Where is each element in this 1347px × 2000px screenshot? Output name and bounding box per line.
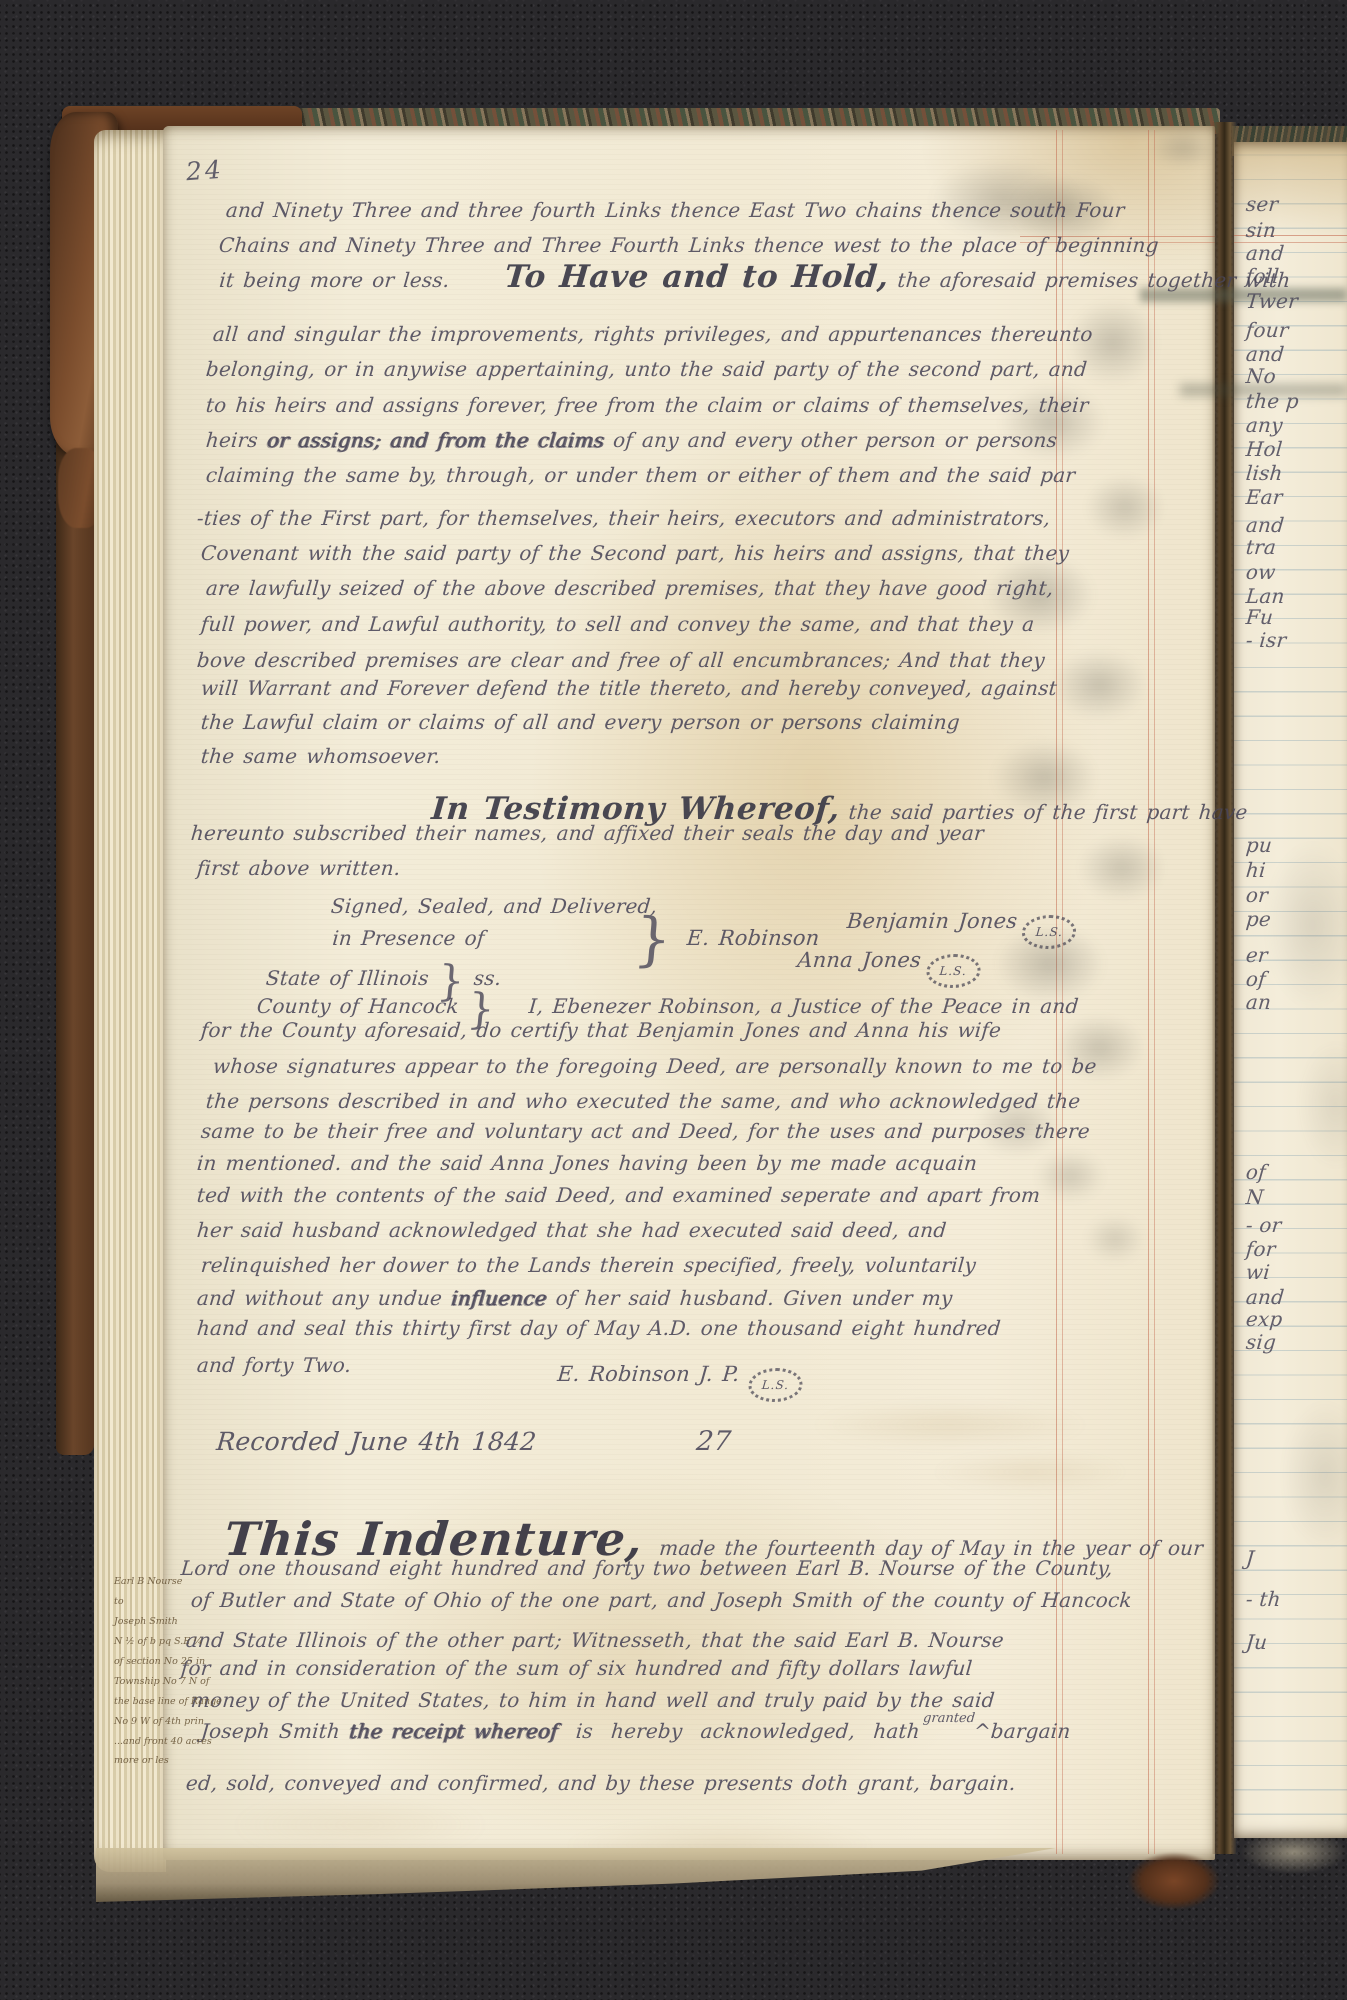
text-run: heirs xyxy=(205,428,268,452)
text-run: belonging, or in anywise appertaining, u… xyxy=(205,357,1088,381)
fragment-line: N xyxy=(1245,1185,1265,1209)
text-run: Joseph Smith xyxy=(200,1719,350,1743)
bleed-through-ghost xyxy=(930,1452,1130,1492)
manuscript-line: to his heirs and assigns forever, free f… xyxy=(205,393,1090,417)
text-run: and State Illinois of the other part; Wi… xyxy=(185,1628,1005,1652)
manuscript-line: belonging, or in anywise appertaining, u… xyxy=(205,357,1088,381)
ink-stain xyxy=(1085,475,1165,540)
manuscript-line: and State Illinois of the other part; Wi… xyxy=(185,1628,1005,1652)
ink-stain xyxy=(1085,1215,1145,1263)
fragment-line: wi xyxy=(1245,1260,1271,1284)
manuscript-line: State of Illinois } ss. xyxy=(265,966,502,990)
fragment-line: an xyxy=(1245,990,1272,1014)
manuscript-line: Covenant with the said party of the Seco… xyxy=(200,541,1070,565)
bleed-through-ghost xyxy=(810,1402,1090,1448)
manuscript-line: the Lawful claim or claims of all and ev… xyxy=(200,710,961,734)
fragment-line: four xyxy=(1245,318,1290,342)
manuscript-line: -ties of the First part, for themselves,… xyxy=(196,506,1051,530)
text-run: Lord one thousand eight hundred and fort… xyxy=(180,1556,1114,1580)
text-run: the receipt whereof xyxy=(348,1719,559,1743)
fragment-line: - isr xyxy=(1245,628,1287,652)
manuscript-line: hand and seal this thirty first day of M… xyxy=(196,1316,1002,1340)
ink-stain xyxy=(1052,650,1147,720)
text-run: and without any undue xyxy=(196,1286,452,1310)
fragment-line: ow xyxy=(1245,560,1277,584)
text-run: Covenant with the said party of the Seco… xyxy=(200,541,1070,565)
manuscript-line: heirs or assigns; and from the claims of… xyxy=(205,428,1058,452)
text-run: all and singular the improvements, right… xyxy=(212,322,1094,346)
margin-note-line: more or les xyxy=(114,1751,198,1771)
manuscript-line: are lawfully seized of the above describ… xyxy=(205,576,1054,600)
manuscript-line: full power, and Lawful authority, to sel… xyxy=(200,612,1035,636)
manuscript-line: and forty Two. xyxy=(196,1353,352,1377)
seal-doodle: L.S. xyxy=(747,1368,804,1402)
margin-note-line: N ½ of b pq S.E ¼ xyxy=(114,1632,198,1652)
manuscript-line: E. Robinson J. P.L.S. xyxy=(555,1362,805,1402)
text-run: are lawfully seized of the above describ… xyxy=(205,576,1054,600)
ink-stain xyxy=(1035,1150,1105,1202)
text-run: and Ninety Three and three fourth Links … xyxy=(225,198,1126,222)
text-run: in mentioned. and the said Anna Jones ha… xyxy=(196,1151,978,1175)
seal-doodle: L.S. xyxy=(1021,915,1078,949)
fragment-line: any xyxy=(1245,413,1284,437)
text-run: or assigns; and from the claims xyxy=(266,428,605,452)
text-run: County of Hancock xyxy=(256,994,469,1018)
text-run: for the County aforesaid, do certify tha… xyxy=(200,1018,1002,1042)
text-run: ed, sold, conveyed and confirmed, and by… xyxy=(185,1771,1017,1795)
fragment-line: foll xyxy=(1245,264,1280,288)
ink-stain xyxy=(1078,835,1166,901)
manuscript-line: of Butler and State of Ohio of the one p… xyxy=(190,1588,1133,1612)
manuscript-line: Chains and Ninety Three and Three Fourth… xyxy=(218,233,1160,257)
text-run: ^bargain xyxy=(973,1719,1072,1743)
text-run: first above written. xyxy=(196,856,402,880)
text-run: whose signatures appear to the foregoing… xyxy=(212,1054,1098,1078)
manuscript-line: first above written. xyxy=(196,856,402,880)
text-run: full power, and Lawful authority, to sel… xyxy=(200,612,1035,636)
text-run: relinquished her dower to the Lands ther… xyxy=(200,1253,977,1277)
manuscript-heading: To Have and to Hold, xyxy=(503,259,890,295)
manuscript-line: all and singular the improvements, right… xyxy=(212,322,1094,346)
manuscript-line: her said husband acknowledged that she h… xyxy=(196,1218,948,1242)
manuscript-line: will Warrant and Forever defend the titl… xyxy=(200,676,1058,700)
manuscript-line: Lord one thousand eight hundred and fort… xyxy=(180,1556,1114,1580)
ink-stain xyxy=(1148,128,1218,168)
brace-mark: } xyxy=(631,905,674,973)
manuscript-line: the persons described in and who execute… xyxy=(205,1089,1081,1113)
text-run: to his heirs and assigns forever, free f… xyxy=(205,393,1090,417)
margin-index-note: Earl B NoursetoJoseph SmithN ½ of b pq S… xyxy=(114,1572,198,1771)
page-number: 24 xyxy=(185,155,225,187)
text-run: of any and every other person or persons xyxy=(603,428,1058,452)
manuscript-line: Joseph Smith the receipt whereof is here… xyxy=(200,1719,1072,1743)
manuscript-line: ed, sold, conveyed and confirmed, and by… xyxy=(185,1771,1017,1795)
text-run: and forty Two. xyxy=(196,1353,352,1377)
text-run: -ties of the First part, for themselves,… xyxy=(196,506,1051,530)
text-run: will Warrant and Forever defend the titl… xyxy=(200,676,1058,700)
fragment-line: and xyxy=(1245,241,1285,265)
text-run: Anna Jones xyxy=(796,948,922,972)
text-run: Benjamin Jones xyxy=(846,909,1018,933)
margin-note-line: ...and front 40 acres xyxy=(114,1732,198,1752)
text-run: 27 xyxy=(695,1426,732,1457)
fragment-line: hi xyxy=(1245,858,1267,882)
interlineation: granted xyxy=(922,1711,975,1726)
text-run: is hereby acknowledged, hath xyxy=(557,1719,921,1743)
fragment-line: pu xyxy=(1245,833,1273,857)
text-run: I, Ebenezer Robinson, a Justice of the P… xyxy=(528,994,1080,1018)
fragment-line: or xyxy=(1245,883,1269,907)
fragment-line: Hol xyxy=(1245,437,1284,461)
margin-note-line: Earl B Nourse xyxy=(114,1572,198,1592)
book-gutter xyxy=(1212,122,1236,1854)
manuscript-line: for and in consideration of the sum of s… xyxy=(180,1656,973,1680)
manuscript-line: for the County aforesaid, do certify tha… xyxy=(200,1018,1002,1042)
text-run: hereunto subscribed their names, and aff… xyxy=(190,821,985,845)
fragment-line: ser xyxy=(1245,192,1279,216)
manuscript-line: Signed, Sealed, and Delivered, xyxy=(330,894,658,918)
manuscript-line: money of the United States, to him in ha… xyxy=(190,1688,996,1712)
manuscript-line: the same whomsoever. xyxy=(200,744,442,768)
fragment-line: for xyxy=(1245,1237,1277,1261)
fragment-line: and xyxy=(1245,1285,1285,1309)
manuscript-line: in mentioned. and the said Anna Jones ha… xyxy=(196,1151,978,1175)
manuscript-line: and Ninety Three and three fourth Links … xyxy=(225,198,1126,222)
manuscript-line: Anna JonesL.S. xyxy=(795,948,982,988)
text-run: Chains and Ninety Three and Three Fourth… xyxy=(218,233,1160,257)
fragment-line: exp xyxy=(1245,1307,1284,1331)
fragment-line: and xyxy=(1245,513,1285,537)
manuscript-line: relinquished her dower to the Lands ther… xyxy=(200,1253,977,1277)
text-run: State of Illinois xyxy=(265,966,439,990)
fragment-line: pe xyxy=(1245,907,1272,931)
margin-note-line: to xyxy=(114,1592,198,1612)
binding-threads xyxy=(1240,1830,1347,1874)
manuscript-line: bove described premises are clear and fr… xyxy=(196,648,1046,672)
text-run: same to be their free and voluntary act … xyxy=(200,1119,1091,1143)
text-run: hand and seal this thirty first day of M… xyxy=(196,1316,1002,1340)
fragment-line: sig xyxy=(1245,1330,1277,1354)
manuscript-line: same to be their free and voluntary act … xyxy=(200,1119,1091,1143)
fragment-line: Ju xyxy=(1245,1630,1268,1654)
text-run: of her said husband. Given under my xyxy=(546,1286,954,1310)
seal-doodle: L.S. xyxy=(925,954,982,988)
manuscript-line: and without any undue influence of her s… xyxy=(196,1286,954,1310)
margin-note-line: No 9 W of 4th prin xyxy=(114,1712,198,1732)
text-run: it being more or less. xyxy=(218,268,450,292)
text-run: ted with the contents of the said Deed, … xyxy=(196,1183,1041,1207)
fragment-line: of xyxy=(1245,1160,1267,1184)
text-run: E. Robinson xyxy=(677,926,821,950)
margin-note-line: Township No 7 N of xyxy=(114,1672,198,1692)
leather-fragment-bottom xyxy=(1128,1852,1220,1910)
text-run: claiming the same by, through, or under … xyxy=(205,463,1076,487)
text-run: influence xyxy=(450,1286,548,1310)
text-run: money of the United States, to him in ha… xyxy=(190,1688,996,1712)
fragment-line: Twer xyxy=(1245,289,1299,313)
manuscript-line: whose signatures appear to the foregoing… xyxy=(212,1054,1098,1078)
fragment-line: Ear xyxy=(1245,485,1284,509)
margin-note-line: Joseph Smith xyxy=(114,1612,198,1632)
text-run: Signed, Sealed, and Delivered, xyxy=(330,894,658,918)
margin-note-line: the base line of Range xyxy=(114,1692,198,1712)
text-run: the aforesaid premises together with xyxy=(887,268,1291,292)
text-run: Recorded June 4th 1842 xyxy=(215,1427,537,1456)
fragment-line: the p xyxy=(1245,389,1300,413)
book-photograph: 24 and Ninety Three and three fourth Lin… xyxy=(0,0,1347,2000)
text-run: the Lawful claim or claims of all and ev… xyxy=(200,710,961,734)
text-run: her said husband acknowledged that she h… xyxy=(196,1218,948,1242)
fragment-line: No xyxy=(1245,364,1277,388)
margin-note-line: of section No 25 in xyxy=(114,1652,198,1672)
text-run: bove described premises are clear and fr… xyxy=(196,648,1046,672)
manuscript-line: Recorded June 4th 184227 xyxy=(215,1426,732,1458)
manuscript-line: claiming the same by, through, or under … xyxy=(205,463,1076,487)
text-run: in Presence of xyxy=(331,926,485,950)
text-run: the same whomsoever. xyxy=(200,744,442,768)
fragment-line: of xyxy=(1245,967,1267,991)
fragment-line: sin xyxy=(1245,218,1277,242)
bottom-page-edges xyxy=(96,1848,1056,1902)
fragment-line: - th xyxy=(1245,1587,1282,1611)
fragment-line: - or xyxy=(1245,1213,1283,1237)
red-margin-rule xyxy=(1148,130,1155,1854)
fragment-line: tra xyxy=(1245,535,1277,559)
fragment-line: and xyxy=(1245,342,1285,366)
manuscript-line: it being more or less.To Have and to Hol… xyxy=(218,259,1292,296)
text-run: the persons described in and who execute… xyxy=(205,1089,1081,1113)
fragment-line: lish xyxy=(1245,461,1284,485)
fragment-line: Fu xyxy=(1245,605,1274,629)
text-run: of Butler and State of Ohio of the one p… xyxy=(190,1588,1133,1612)
text-run: E. Robinson J. P. xyxy=(556,1362,740,1386)
text-run: for and in consideration of the sum of s… xyxy=(180,1656,973,1680)
fragment-line: er xyxy=(1245,943,1269,967)
manuscript-line: hereunto subscribed their names, and aff… xyxy=(190,821,985,845)
manuscript-line: ted with the contents of the said Deed, … xyxy=(196,1183,1041,1207)
manuscript-line: County of Hancock }I, Ebenezer Robinson,… xyxy=(256,994,1080,1018)
